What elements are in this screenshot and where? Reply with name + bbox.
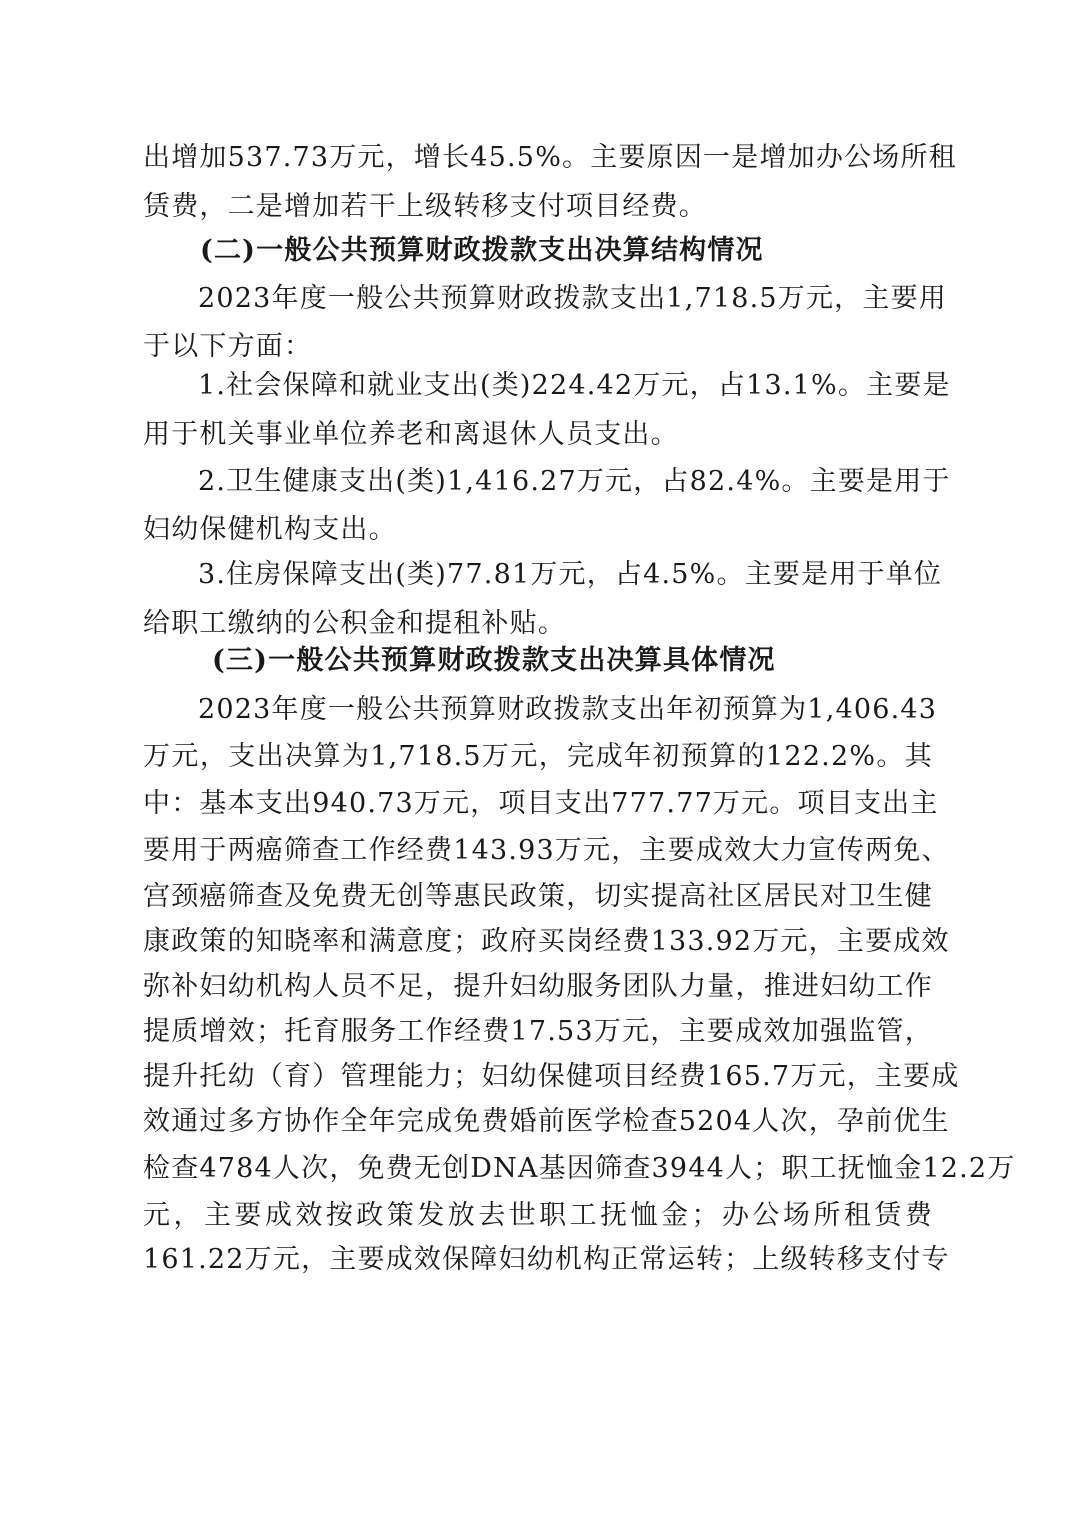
section-heading-3: (三)一般公共预算财政拨款支出决算具体情况: [212, 641, 776, 681]
paragraph-line: 2023年度一般公共预算财政拨款支出年初预算为1,406.43: [198, 690, 933, 730]
paragraph-line: 万元，支出决算为1,718.5万元，完成年初预算的122.2%。其: [143, 737, 933, 777]
list-item-2: 2.卫生健康支出(类)1,416.27万元，占82.4%。主要是用于: [198, 462, 933, 502]
paragraph-line: 康政策的知晓率和满意度；政府买岗经费133.92万元，主要成效: [143, 922, 933, 962]
paragraph-line: 元，主要成效按政策发放去世职工抚恤金；办公场所租赁费: [143, 1196, 933, 1236]
list-item-3: 3.住房保障支出(类)77.81万元，占4.5%。主要是用于单位: [198, 555, 933, 595]
paragraph-line: 中：基本支出940.73万元，项目支出777.77万元。项目支出主: [143, 784, 933, 824]
paragraph-line: 赁费，二是增加若干上级转移支付项目经费。: [143, 187, 933, 227]
paragraph-line: 妇幼保健机构支出。: [143, 510, 933, 550]
list-item-1: 1.社会保障和就业支出(类)224.42万元，占13.1%。主要是: [198, 366, 933, 406]
paragraph-line: 要用于两癌筛查工作经费143.93万元，主要成效大力宣传两免、: [143, 831, 933, 871]
paragraph-line: 提升托幼（育）管理能力；妇幼保健项目经费165.7万元，主要成: [143, 1057, 933, 1097]
paragraph-line: 检查4784人次，免费无创DNA基因筛查3944人；职工抚恤金12.2万: [143, 1149, 933, 1189]
paragraph-line: 给职工缴纳的公积金和提租补贴。: [143, 604, 933, 644]
paragraph-line: 于以下方面：: [143, 327, 933, 367]
paragraph-line: 宫颈癌筛查及免费无创等惠民政策，切实提高社区居民对卫生健: [143, 877, 933, 917]
paragraph-line: 161.22万元，主要成效保障妇幼机构正常运转；上级转移支付专: [143, 1240, 933, 1280]
paragraph-line: 用于机关事业单位养老和离退休人员支出。: [143, 415, 933, 455]
paragraph-line: 2023年度一般公共预算财政拨款支出1,718.5万元，主要用: [198, 279, 933, 319]
document-page: 出增加537.73万元，增长45.5%。主要原因一是增加办公场所租 赁费，二是增…: [0, 0, 1074, 1520]
paragraph-line: 出增加537.73万元，增长45.5%。主要原因一是增加办公场所租: [143, 138, 933, 178]
paragraph-line: 提质增效；托育服务工作经费17.53万元，主要成效加强监管，: [143, 1012, 933, 1052]
paragraph-line: 弥补妇幼机构人员不足，提升妇幼服务团队力量，推进妇幼工作: [143, 967, 933, 1007]
paragraph-line: 效通过多方协作全年完成免费婚前医学检查5204人次，孕前优生: [143, 1102, 933, 1142]
section-heading-2: (二)一般公共预算财政拨款支出决算结构情况: [200, 231, 764, 271]
